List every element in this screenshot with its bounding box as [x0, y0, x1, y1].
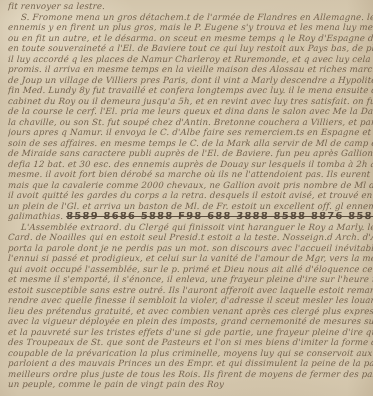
line-text: la chaville, ou son St. fut soupé chez d… [8, 118, 373, 128]
line-text: de la course le cerf. l'El. pria me leur… [8, 107, 373, 117]
handwritten-line: promis. il arriva en mesme temps en la v… [8, 65, 373, 76]
line-text: de Miraide sans caractere publi auprès d… [8, 149, 373, 159]
handwritten-line: un peuple, comme le pain de vingt pain d… [8, 380, 373, 391]
manuscript-text-block: fit renvoyer sa lestre.S. Fromone mena u… [8, 2, 373, 396]
line-text: soin de ses affaires. en mesme temps le … [8, 139, 373, 149]
handwritten-line: il luy accordé q les places de Namur Cha… [8, 55, 373, 66]
handwritten-line: la chaville, ou son St. fut soupé chez d… [8, 118, 373, 129]
handwritten-line: de la course le cerf. l'El. pria me leur… [8, 107, 373, 118]
handwritten-line: parloient a des mauvais Princes un des E… [8, 359, 373, 370]
handwritten-line: estoit susceptible sans estre outré. Ils… [8, 286, 373, 297]
handwritten-line: meilleurs ordre plus juste de tous les R… [8, 370, 373, 381]
line-text: Card. de Noailles qui en estoit seul Pre… [8, 233, 373, 243]
line-text: estoit susceptible sans estre outré. Ils… [8, 286, 373, 296]
line-text: mais que la cavalerie comme 2000 chevaux… [8, 181, 373, 191]
handwritten-line: mesme. il avoit fort bien dérobé sa marc… [8, 170, 373, 181]
line-text: il luy accordé q les places de Namur Cha… [8, 55, 373, 65]
manuscript-page: fit renvoyer sa lestre.S. Fromone mena u… [0, 0, 373, 396]
handwritten-line: galimathias. 8589 8686 5888 F98 688 3888… [8, 212, 373, 223]
line-text: meilleurs ordre plus juste de tous les R… [8, 370, 373, 380]
handwritten-line: fit renvoyer sa lestre. [8, 2, 373, 13]
line-text: parloient a des mauvais Princes un des E… [8, 359, 373, 369]
handwritten-line: soin de ses affaires. en mesme temps le … [8, 139, 373, 150]
line-text: de Joup un village de Villiers pres Pari… [8, 76, 373, 86]
line-text: un plein de l'Gl. et arriva un baston de… [8, 202, 373, 212]
line-text: il avoit quitté les gardes du corps a la… [8, 191, 373, 201]
line-text: en toute souveraineté a l'El. de Baviere… [8, 44, 373, 54]
handwritten-line: il avoit quitté les gardes du corps a la… [8, 191, 373, 202]
handwritten-line: L'Assemblée extraord. du Clergé qui fini… [8, 223, 373, 234]
line-text: un peuple, comme le pain de vingt pain d… [8, 380, 224, 390]
line-text: promis. il arriva en mesme temps en la v… [8, 65, 373, 75]
handwritten-line: en toute souveraineté a l'El. de Baviere… [8, 44, 373, 55]
line-text: defia 12 bat. et 30 esc. des ennemis aup… [8, 160, 373, 170]
line-text: ennemis y en firent un plus gros, mais l… [8, 23, 373, 33]
handwritten-line: porta la parole dont je ne perdis pas un… [8, 244, 373, 255]
handwritten-line: Card. de Noailles qui en estoit seul Pre… [8, 233, 373, 244]
line-text: cabinet du Roy ou il demeura jusqu'a 5h,… [8, 97, 373, 107]
handwritten-line: qui avoit occupé l'assemblée, sur le p. … [8, 265, 373, 276]
handwritten-line: de Joup un village de Villiers pres Pari… [8, 76, 373, 87]
line-text: fit renvoyer sa lestre. [8, 2, 106, 12]
handwritten-line: avec la vigueur déployée en plein des im… [8, 317, 373, 328]
handwritten-line: jours apres q Namur. il envoya le C. d'A… [8, 128, 373, 139]
handwritten-line: coupable de la prévarication la plus cri… [8, 349, 373, 360]
line-text: S. Fromone mena un gros détachem.t de l'… [21, 13, 373, 23]
handwritten-line: rendre avec quelle finesse il sembloit l… [8, 296, 373, 307]
handwritten-line: et mesme il s'emporté, il s'énonce, il e… [8, 275, 373, 286]
handwritten-line: cabinet du Roy ou il demeura jusqu'a 5h,… [8, 97, 373, 108]
line-text: galimathias. [8, 212, 67, 222]
handwritten-line: mais que la cavalerie comme 2000 chevaux… [8, 181, 373, 192]
handwritten-line: fin Med. Lundy 8y fut travaillé et confe… [8, 86, 373, 97]
line-text: qui avoit occupé l'assemblée, sur le p. … [8, 265, 373, 275]
cipher-sequence: 8589 8686 5888 F98 688 3888 8588 8876 85… [66, 212, 373, 222]
handwritten-line: S. Fromone mena un gros détachem.t de l'… [8, 13, 373, 24]
handwritten-line: et la pauvreté sur les tristes effets d'… [8, 328, 373, 339]
line-text: L'Assemblée extraord. du Clergé qui fini… [21, 223, 373, 233]
line-text: mesme. il avoit fort bien dérobé sa marc… [8, 170, 373, 180]
handwritten-line: lieu des prétendus gratuité, et avec com… [8, 307, 373, 318]
line-text: coupable de la prévarication la plus cri… [8, 349, 373, 359]
line-text: l'ennui si passé et prodigieux, et celui… [8, 254, 373, 264]
line-text: des Troupeaux de St. que sont de Pasteur… [8, 338, 373, 348]
line-text: fin Med. Lundy 8y fut travaillé et confe… [8, 86, 373, 96]
line-text: porta la parole dont je ne perdis pas un… [8, 244, 373, 254]
handwritten-line: de Miraide sans caractere publi auprès d… [8, 149, 373, 160]
line-text: et la pauvreté sur les tristes effets d'… [8, 328, 373, 338]
line-text: avec la vigueur déployée en plein des im… [8, 317, 373, 327]
handwritten-line: des Troupeaux de St. que sont de Pasteur… [8, 338, 373, 349]
line-text: rendre avec quelle finesse il sembloit l… [8, 296, 373, 306]
handwritten-line: ennemis y en firent un plus gros, mais l… [8, 23, 373, 34]
line-text: jours apres q Namur. il envoya le C. d'A… [8, 128, 373, 138]
line-text: ou en fit un autre, et le désarma. on sc… [8, 34, 373, 44]
line-text: lieu des prétendus gratuité, et avec com… [8, 307, 373, 317]
handwritten-line: ou en fit un autre, et le désarma. on sc… [8, 34, 373, 45]
line-text: et mesme il s'emporté, il s'énonce, il e… [8, 275, 373, 285]
handwritten-line: defia 12 bat. et 30 esc. des ennemis aup… [8, 160, 373, 171]
handwritten-line: un plein de l'Gl. et arriva un baston de… [8, 202, 373, 213]
handwritten-line: l'ennui si passé et prodigieux, et celui… [8, 254, 373, 265]
